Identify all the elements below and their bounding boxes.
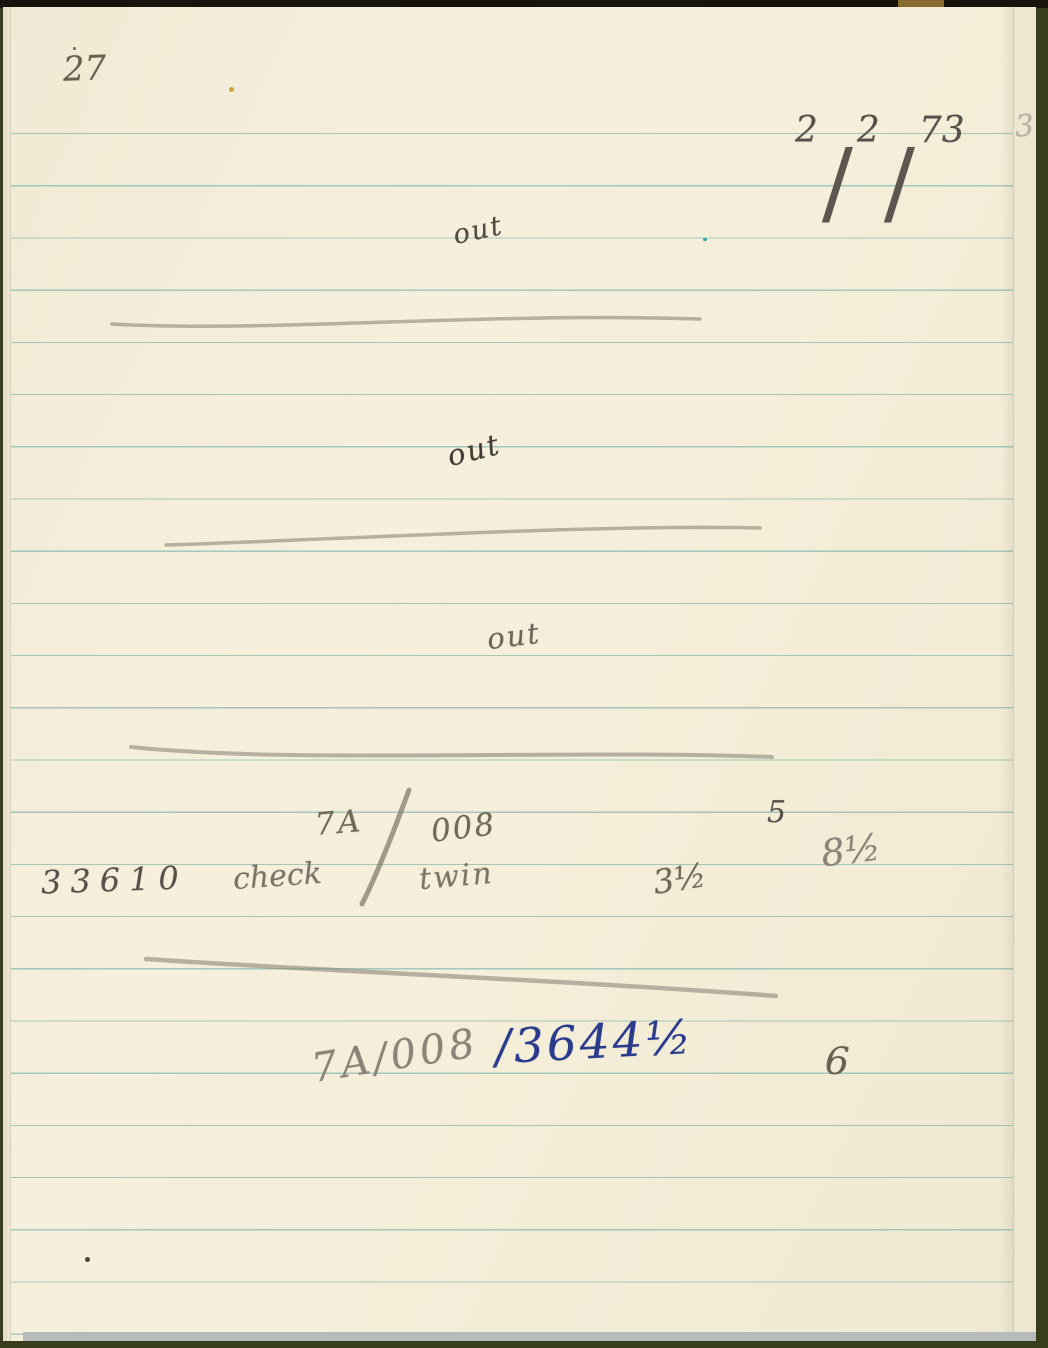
out-word-3: out (485, 616, 543, 656)
notebook-page: 27 2 / 2 / 73 3 out out out 33610 check … (3, 7, 1036, 1341)
ruled-lines (3, 82, 1036, 1340)
page-edge-shadow (1000, 7, 1014, 1341)
date-part: 73 (919, 113, 965, 149)
pencil-rule-stroke-3 (131, 747, 772, 757)
pencil-rule-stroke-2 (166, 527, 760, 545)
value-three-half: 3½ (650, 855, 708, 902)
out-word-2: out (444, 427, 504, 473)
twin-word: twin (418, 856, 495, 897)
date-part: 2 (795, 113, 818, 149)
page-number: 27 (62, 48, 107, 89)
value-five: 5 (767, 795, 786, 830)
pencil-strokes-layer (3, 7, 1036, 1341)
page-stack-edge (23, 1332, 1036, 1341)
date-part: 2 (857, 113, 880, 149)
pencil-rule-stroke-1 (112, 318, 700, 327)
pencil-rule-stroke-4 (146, 959, 776, 996)
adjacent-page-bleed-text: 3 (1014, 108, 1035, 144)
paper-speck (229, 87, 234, 92)
binding-crease (3, 7, 11, 1341)
pencil-long-slash (362, 790, 409, 904)
paper-speck (73, 47, 76, 50)
paper-speck (703, 238, 707, 241)
value-eight-half: 8½ (819, 826, 883, 876)
ref-code-final: 7A/008 (308, 1020, 481, 1092)
quantity-number: 33610 (40, 858, 188, 901)
date: 2 / 2 / 73 (791, 85, 969, 155)
paper-speck (85, 1257, 90, 1262)
ref-code-left: 7A (314, 803, 365, 843)
out-word-1: out (450, 210, 506, 251)
ink-serial-number: /3644½ (494, 1010, 696, 1075)
value-six: 6 (824, 1038, 850, 1083)
ref-code-right: 008 (429, 806, 498, 850)
underlying-page-edge (1013, 7, 1036, 1341)
check-word: check (232, 856, 323, 897)
